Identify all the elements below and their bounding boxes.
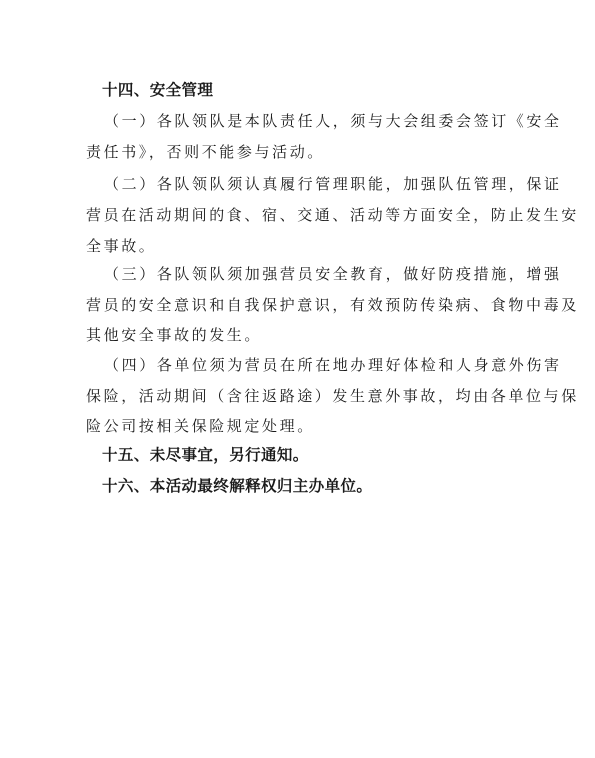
paragraph-4-line-3: 险公司按相关保险规定处理。	[86, 416, 315, 436]
paragraph-2-line-3: 全事故。	[86, 236, 156, 256]
section-heading-14: 十四、安全管理	[102, 80, 213, 100]
section-heading-15: 十五、未尽事宜，另行通知。	[102, 445, 309, 465]
paragraph-4-line-1: （四）各单位须为营员在所在地办理好体检和人身意外伤害	[104, 355, 562, 375]
document-page: 十四、安全管理 （一）各队领队是本队责任人，须与大会组委会签订《安全 责任书》，…	[0, 0, 595, 758]
paragraph-4-line-2: 保险，活动期间（含往返路途）发生意外事故，均由各单位与保	[86, 386, 579, 406]
paragraph-2-line-2: 营员在活动期间的食、宿、交通、活动等方面安全，防止发生安	[86, 205, 579, 225]
paragraph-1-line-2: 责任书》，否则不能参与活动。	[86, 142, 325, 162]
paragraph-1-line-1: （一）各队领队是本队责任人，须与大会组委会签订《安全	[104, 111, 562, 131]
paragraph-3-line-2: 营员的安全意识和自我保护意识，有效预防传染病、食物中毒及	[86, 295, 579, 315]
paragraph-2-line-1: （二）各队领队须认真履行管理职能，加强队伍管理，保证	[104, 174, 562, 194]
paragraph-3-line-3: 其他安全事故的发生。	[86, 325, 262, 345]
paragraph-3-line-1: （三）各队领队须加强营员安全教育，做好防疫措施，增强	[104, 264, 562, 284]
section-heading-16: 十六、本活动最终解释权归主办单位。	[102, 476, 372, 496]
